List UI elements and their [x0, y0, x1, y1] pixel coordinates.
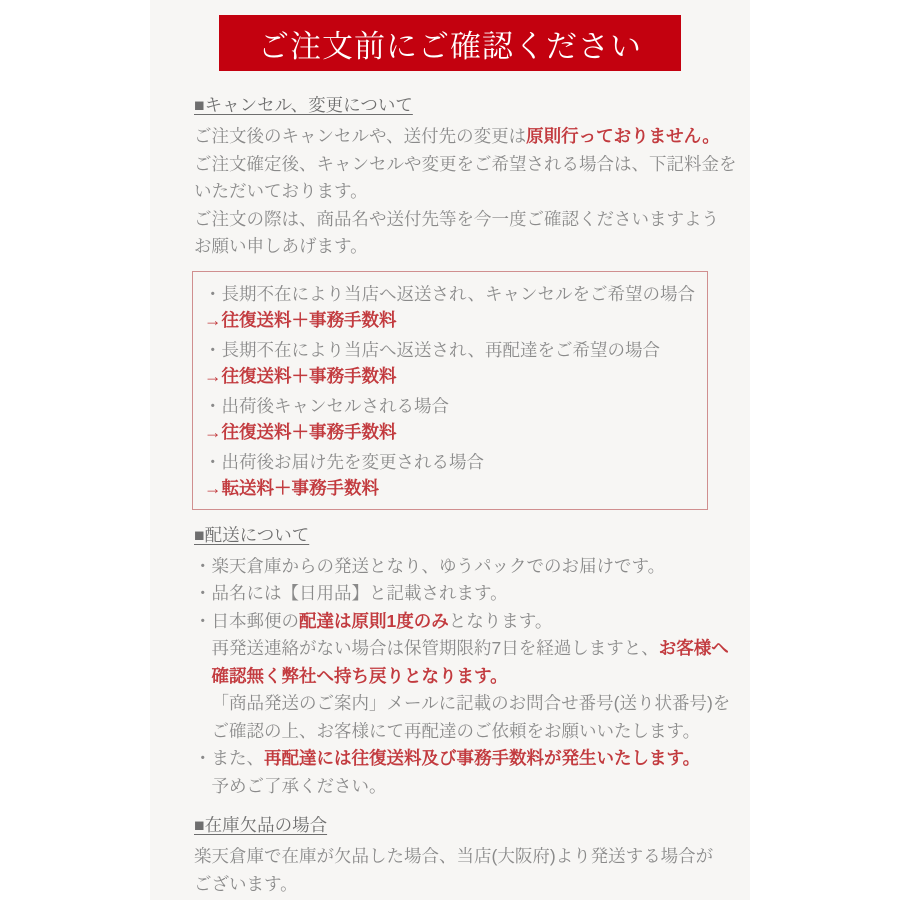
fee-amount: →往復送料＋事務手数料 [204, 307, 697, 333]
body-text: ご確認の上、お客様にて再配達のご依頼をお願いいたします。 [212, 721, 701, 741]
fee-item: ・出荷後お届け先を変更される場合→転送料＋事務手数料 [204, 449, 697, 501]
text-line: ・楽天倉庫からの発送となり、ゆうパックでのお届けです。 [194, 553, 706, 581]
body-text: ・楽天倉庫からの発送となり、ゆうパックでのお届けです。 [194, 556, 665, 576]
fee-condition: ・出荷後お届け先を変更される場合 [204, 449, 697, 475]
fee-item: ・長期不在により当店へ返送され、再配達をご希望の場合→往復送料＋事務手数料 [204, 337, 697, 389]
emphasis-text: 再配達には往復送料及び事務手数料が発生いたします。 [264, 748, 700, 768]
section-stock-heading: ■在庫欠品の場合 [194, 812, 706, 837]
body-text: 「商品発送のご案内」メールに記載のお問合せ番号(送り状番号)を [212, 693, 731, 713]
emphasis-text: 原則行っておりません。 [526, 126, 720, 146]
emphasis-text: お客様へ [659, 638, 729, 658]
notice-banner: ご注文前にご確認ください [219, 15, 681, 71]
body-text: ご注文の際は、商品名や送付先等を今一度ご確認くださいますよう [194, 209, 719, 229]
body-text: 楽天倉庫で在庫が欠品した場合、当店(大阪府)より発送する場合が [194, 846, 713, 866]
body-text: ご注文確定後、キャンセルや変更をご希望される場合は、下記料金を [194, 154, 737, 174]
text-line: ・日本郵便の配達は原則1度のみとなります。 [194, 608, 706, 636]
section-delivery-heading: ■配送について [194, 522, 706, 547]
section-cancel: ■キャンセル、変更について ご注文後のキャンセルや、送付先の変更は原則行っており… [194, 92, 706, 510]
fee-amount: →転送料＋事務手数料 [204, 475, 697, 501]
section-cancel-body: ご注文後のキャンセルや、送付先の変更は原則行っておりません。ご注文確定後、キャン… [194, 123, 706, 261]
section-delivery-body: ・楽天倉庫からの発送となり、ゆうパックでのお届けです。・品名には【日用品】と記載… [194, 553, 706, 801]
fee-amount: →往復送料＋事務手数料 [204, 419, 697, 445]
body-text: ・品名には【日用品】と記載されます。 [194, 583, 508, 603]
text-line: 再発送連絡がない場合は保管期限約7日を経過しますと、お客様へ [194, 635, 706, 663]
text-line: ・また、再配達には往復送料及び事務手数料が発生いたします。 [194, 745, 706, 773]
fee-item: ・出荷後キャンセルされる場合→往復送料＋事務手数料 [204, 393, 697, 445]
text-line: ご注文後のキャンセルや、送付先の変更は原則行っておりません。 [194, 123, 706, 151]
text-line: ご注文の際は、商品名や送付先等を今一度ご確認くださいますよう [194, 206, 706, 234]
body-text: ご注文後のキャンセルや、送付先の変更は [194, 126, 526, 146]
text-line: いただいております。 [194, 178, 706, 206]
fee-condition: ・出荷後キャンセルされる場合 [204, 393, 697, 419]
text-line: 「商品発送のご案内」メールに記載のお問合せ番号(送り状番号)を [194, 690, 706, 718]
fee-amount: →往復送料＋事務手数料 [204, 363, 697, 389]
text-line: 楽天倉庫で在庫が欠品した場合、当店(大阪府)より発送する場合が [194, 843, 706, 871]
fee-item: ・長期不在により当店へ返送され、キャンセルをご希望の場合→往復送料＋事務手数料 [204, 281, 697, 333]
fee-condition: ・長期不在により当店へ返送され、キャンセルをご希望の場合 [204, 281, 697, 307]
text-line: お願い申しあげます。 [194, 233, 706, 261]
body-text: ございます。 [194, 874, 298, 894]
text-line: ・品名には【日用品】と記載されます。 [194, 580, 706, 608]
banner-title: ご注文前にご確認ください [258, 21, 642, 66]
text-line: ご注文確定後、キャンセルや変更をご希望される場合は、下記料金を [194, 151, 706, 179]
section-cancel-heading: ■キャンセル、変更について [194, 92, 706, 117]
section-stock-body: 楽天倉庫で在庫が欠品した場合、当店(大阪府)より発送する場合がございます。 [194, 843, 706, 898]
body-text: ・日本郵便の [194, 611, 299, 631]
body-text: となります。 [449, 611, 553, 631]
emphasis-text: 配達は原則1度のみ [299, 611, 449, 631]
fee-condition: ・長期不在により当店へ返送され、再配達をご希望の場合 [204, 337, 697, 363]
emphasis-text: 確認無く弊社へ持ち戻りとなります。 [212, 666, 508, 686]
fee-box: ・長期不在により当店へ返送され、キャンセルをご希望の場合→往復送料＋事務手数料・… [192, 271, 708, 510]
body-text: お願い申しあげます。 [194, 236, 368, 256]
text-line: 確認無く弊社へ持ち戻りとなります。 [194, 663, 706, 691]
section-stock: ■在庫欠品の場合 楽天倉庫で在庫が欠品した場合、当店(大阪府)より発送する場合が… [194, 812, 706, 898]
text-line: ご確認の上、お客様にて再配達のご依頼をお願いいたします。 [194, 718, 706, 746]
body-text: ・また、 [194, 748, 264, 768]
body-text: 予めご了承ください。 [212, 776, 387, 796]
text-line: 予めご了承ください。 [194, 773, 706, 801]
page: ご注文前にご確認ください ■キャンセル、変更について ご注文後のキャンセルや、送… [0, 0, 900, 900]
body-text: いただいております。 [194, 181, 368, 201]
section-delivery: ■配送について ・楽天倉庫からの発送となり、ゆうパックでのお届けです。・品名には… [194, 522, 706, 801]
text-line: ございます。 [194, 871, 706, 899]
body-text: 再発送連絡がない場合は保管期限約7日を経過しますと、 [212, 638, 659, 658]
notice-panel: ご注文前にご確認ください ■キャンセル、変更について ご注文後のキャンセルや、送… [150, 0, 750, 900]
